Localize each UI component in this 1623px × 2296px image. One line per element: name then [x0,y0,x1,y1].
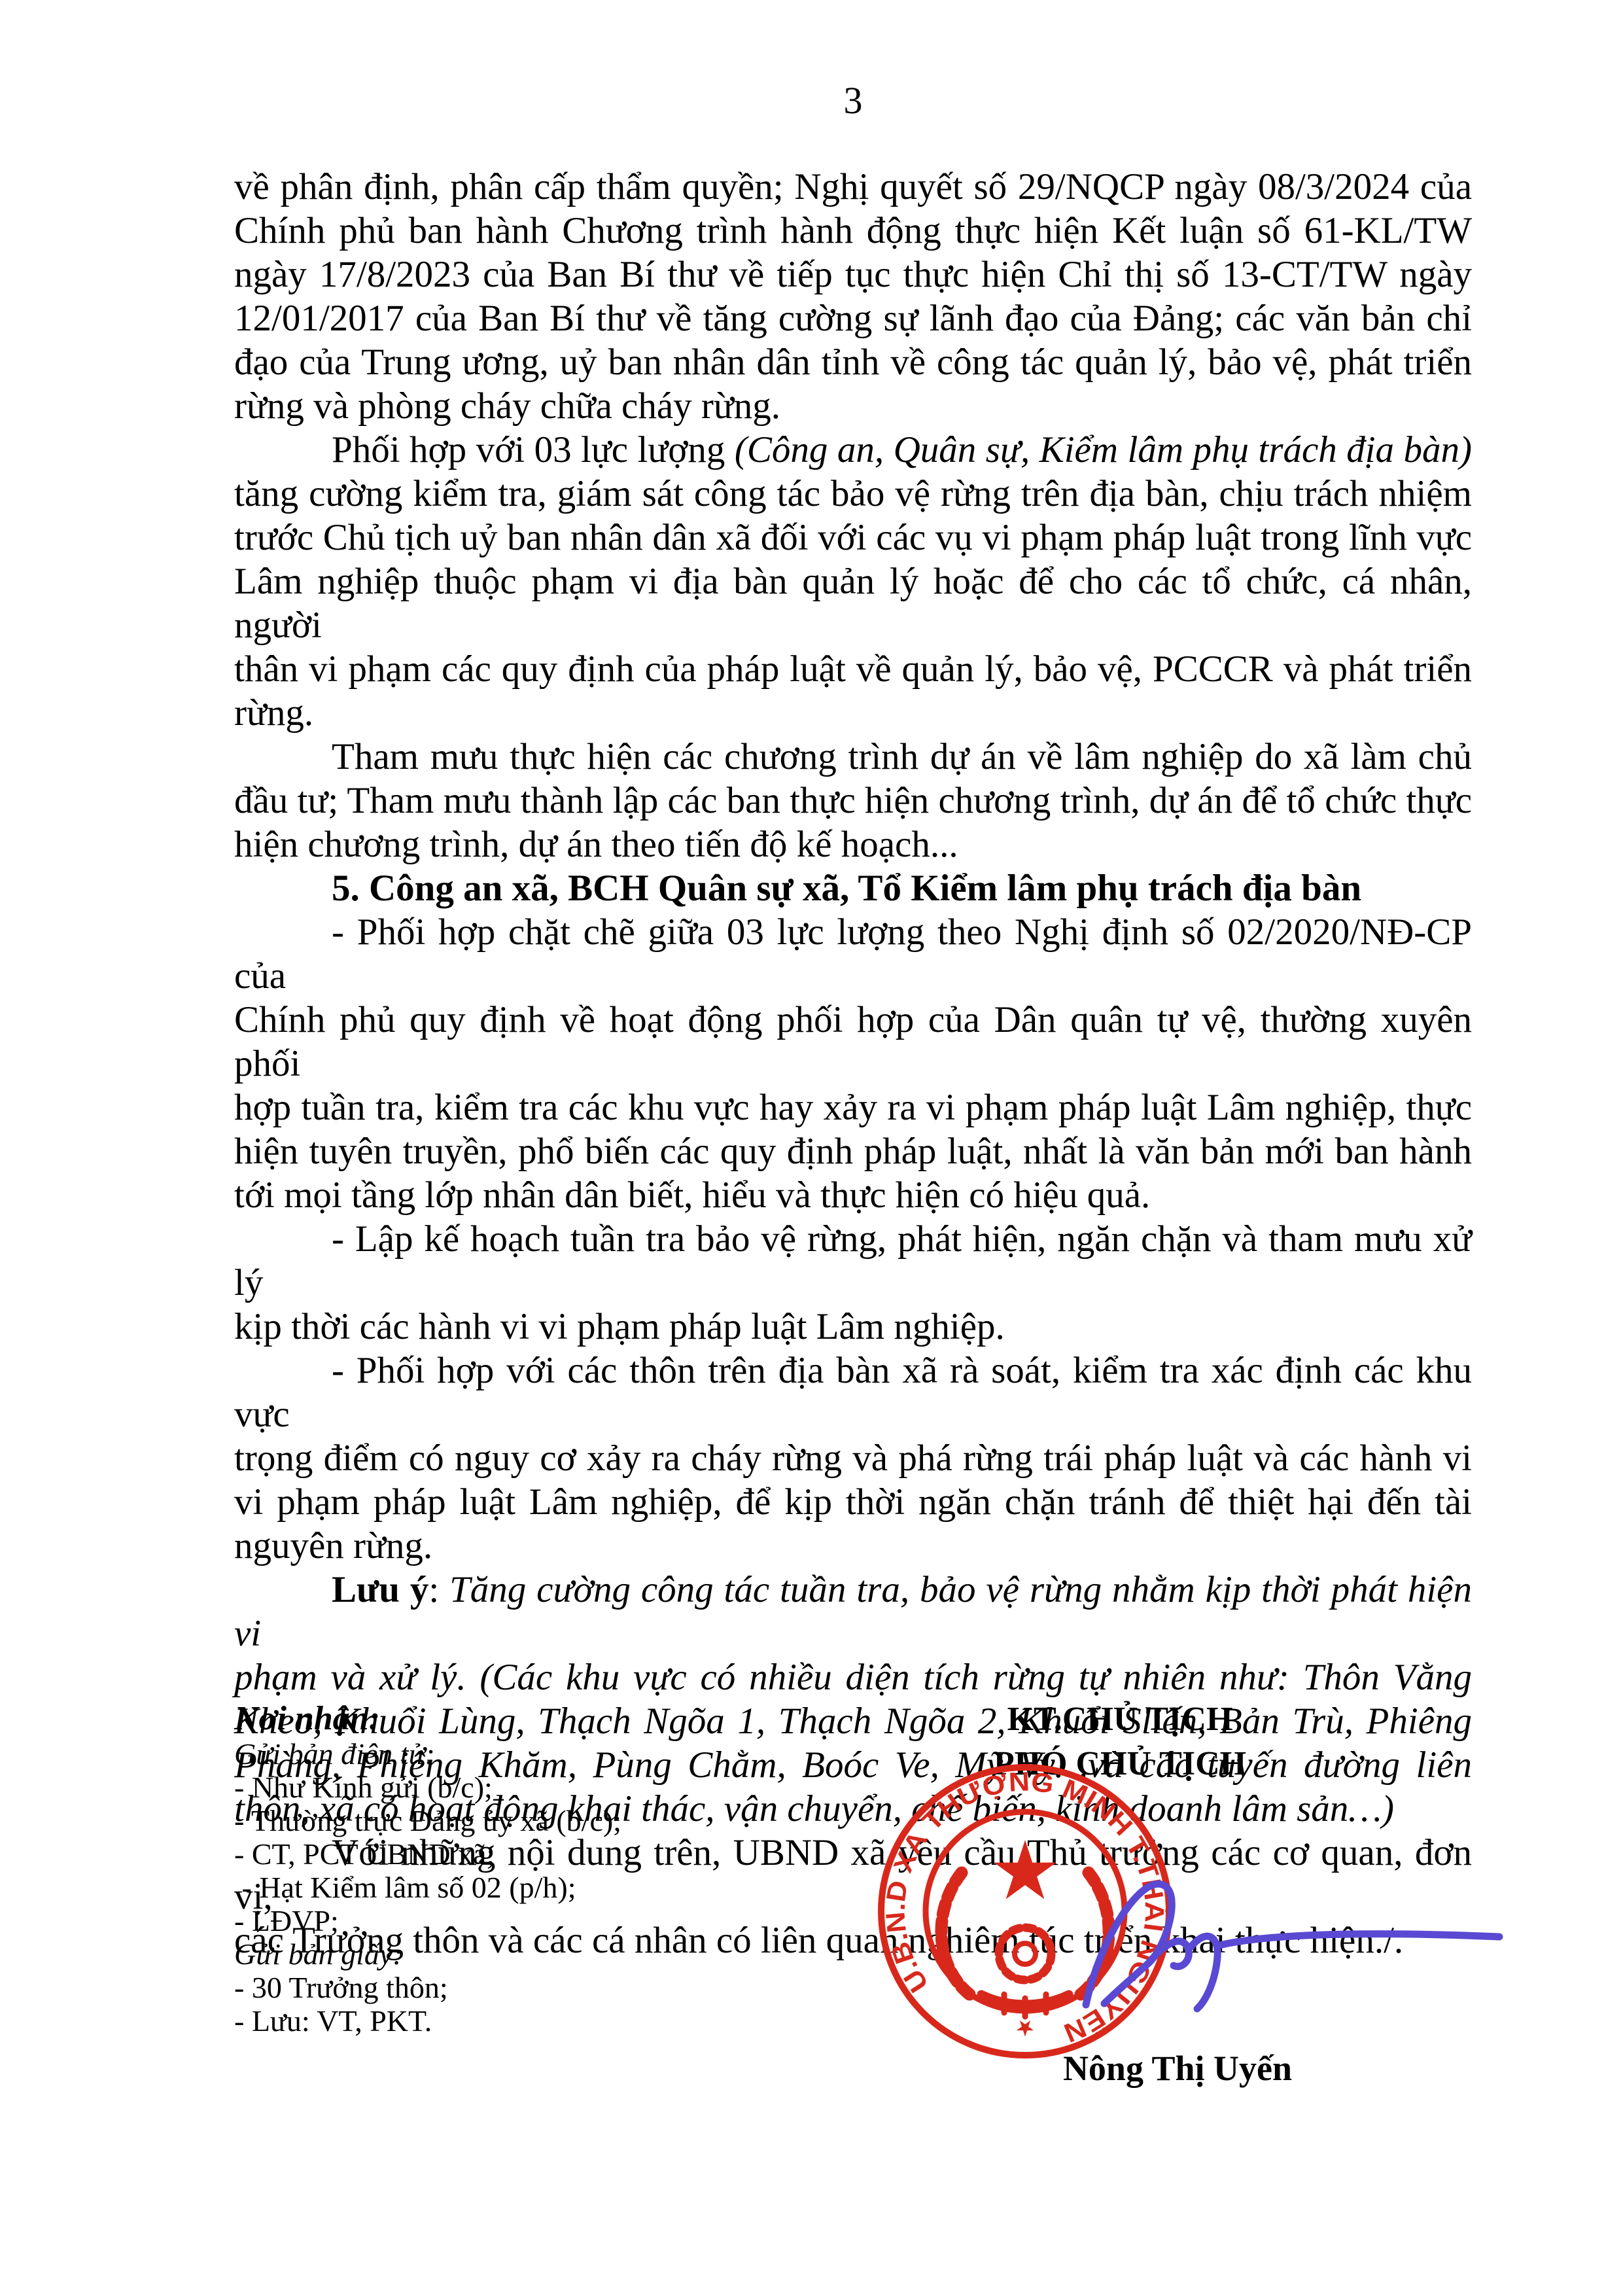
text-line: Lưu ý: Tăng cường công tác tuần tra, bảo… [234,1568,1472,1655]
text-line: vi phạm pháp luật Lâm nghiệp, để kịp thờ… [234,1480,1472,1524]
text-line: thân vi phạm các quy định của pháp luật … [234,647,1472,691]
text-line: Chính phủ ban hành Chương trình hành độn… [234,209,1472,253]
recipients-title: Nơi nhận: [234,1700,875,1737]
document-page: { "page": { "number": "3" }, "body": { "… [0,0,1623,2296]
recipient-item: - Hạt Kiểm lâm số 02 (p/h); [234,1871,875,1904]
text-line: - Phối hợp chặt chẽ giữa 03 lực lượng th… [234,910,1472,998]
recipient-item: - CT, PCT UBND xã; [234,1837,875,1871]
acting-title: KT.CHỦ TỊCH [845,1697,1395,1742]
handwritten-signature [1041,1807,1512,2023]
text-line: Chính phủ quy định về hoạt động phối hợp… [234,998,1472,1086]
text-line: - Lập kế hoạch tuần tra bảo vệ rừng, phá… [234,1217,1472,1305]
text-line: 5. Công an xã, BCH Quân sự xã, Tổ Kiểm l… [234,866,1472,910]
text-line: rừng. [234,691,1472,735]
text-line: về phân định, phân cấp thẩm quyền; Nghị … [234,165,1472,209]
text-line: tăng cường kiểm tra, giám sát công tác b… [234,472,1472,516]
recipients-block: Nơi nhận: Gửi bản điện tử:- Như Kính gửi… [234,1700,875,2038]
text-line: tới mọi tầng lớp nhân dân biết, hiểu và … [234,1173,1472,1217]
page-number: 3 [234,81,1472,120]
recipient-item: - LĐVP; [234,1904,875,1937]
text-line: 12/01/2017 của Ban Bí thư về tăng cường … [234,296,1472,340]
recipients-list: Gửi bản điện tử:- Như Kính gửi (b/c);- T… [234,1737,875,2038]
text-line: Phối hợp với 03 lực lượng (Công an, Quân… [234,428,1472,472]
recipient-group-label: Gửi bản điện tử: [234,1737,875,1771]
text-line: trọng điểm có nguy cơ xảy ra cháy rừng v… [234,1436,1472,1480]
text-line: đầu tư; Tham mưu thành lập các ban thực … [234,779,1472,822]
seal-band-star-icon: ★ [1015,2015,1035,2040]
text-line: Tham mưu thực hiện các chương trình dự á… [234,735,1472,779]
text-line: hợp tuần tra, kiểm tra các khu vực hay x… [234,1086,1472,1129]
recipient-group-label: Gửi bản giấy: [234,1937,875,1971]
text-line: nguyên rừng. [234,1524,1472,1568]
text-line: phạm và xử lý. (Các khu vực có nhiều diệ… [234,1655,1472,1699]
seal-emblem-wreath-left [941,1873,969,1994]
text-line: - Phối hợp với các thôn trên địa bàn xã … [234,1349,1472,1436]
text-line: trước Chủ tịch uỷ ban nhân dân xã đối vớ… [234,516,1472,559]
recipient-item: - Lưu: VT, PKT. [234,2004,875,2038]
signature-stroke-flourish [1217,1934,1499,1946]
text-line: hiện tuyên truyền, phổ biến các quy định… [234,1129,1472,1173]
signature-stroke-u [1149,1941,1189,1967]
text-line: ngày 17/8/2023 của Ban Bí thư về tiếp tụ… [234,253,1472,296]
recipient-item: - 30 Trưởng thôn; [234,1971,875,2004]
text-line: rừng và phòng cháy chữa cháy rừng. [234,384,1472,428]
text-line: Lâm nghiệp thuộc phạm vi địa bàn quản lý… [234,559,1472,647]
text-line: hiện chương trình, dự án theo tiến độ kế… [234,822,1472,866]
signature-stroke-loop [1086,1884,1172,2005]
recipient-item: - Thường trực Đảng ủy xã (b/c); [234,1804,875,1837]
recipient-item: - Như Kính gửi (b/c); [234,1771,875,1804]
document-body: về phân định, phân cấp thẩm quyền; Nghị … [234,165,1472,1962]
signer-name: Nông Thị Uyến [903,2048,1452,2089]
seal-emblem-cogwheel-hub [1015,1943,1036,1964]
text-line: đạo của Trung ương, uỷ ban nhân dân tỉnh… [234,340,1472,384]
text-line: kịp thời các hành vi vi phạm pháp luật L… [234,1305,1472,1349]
